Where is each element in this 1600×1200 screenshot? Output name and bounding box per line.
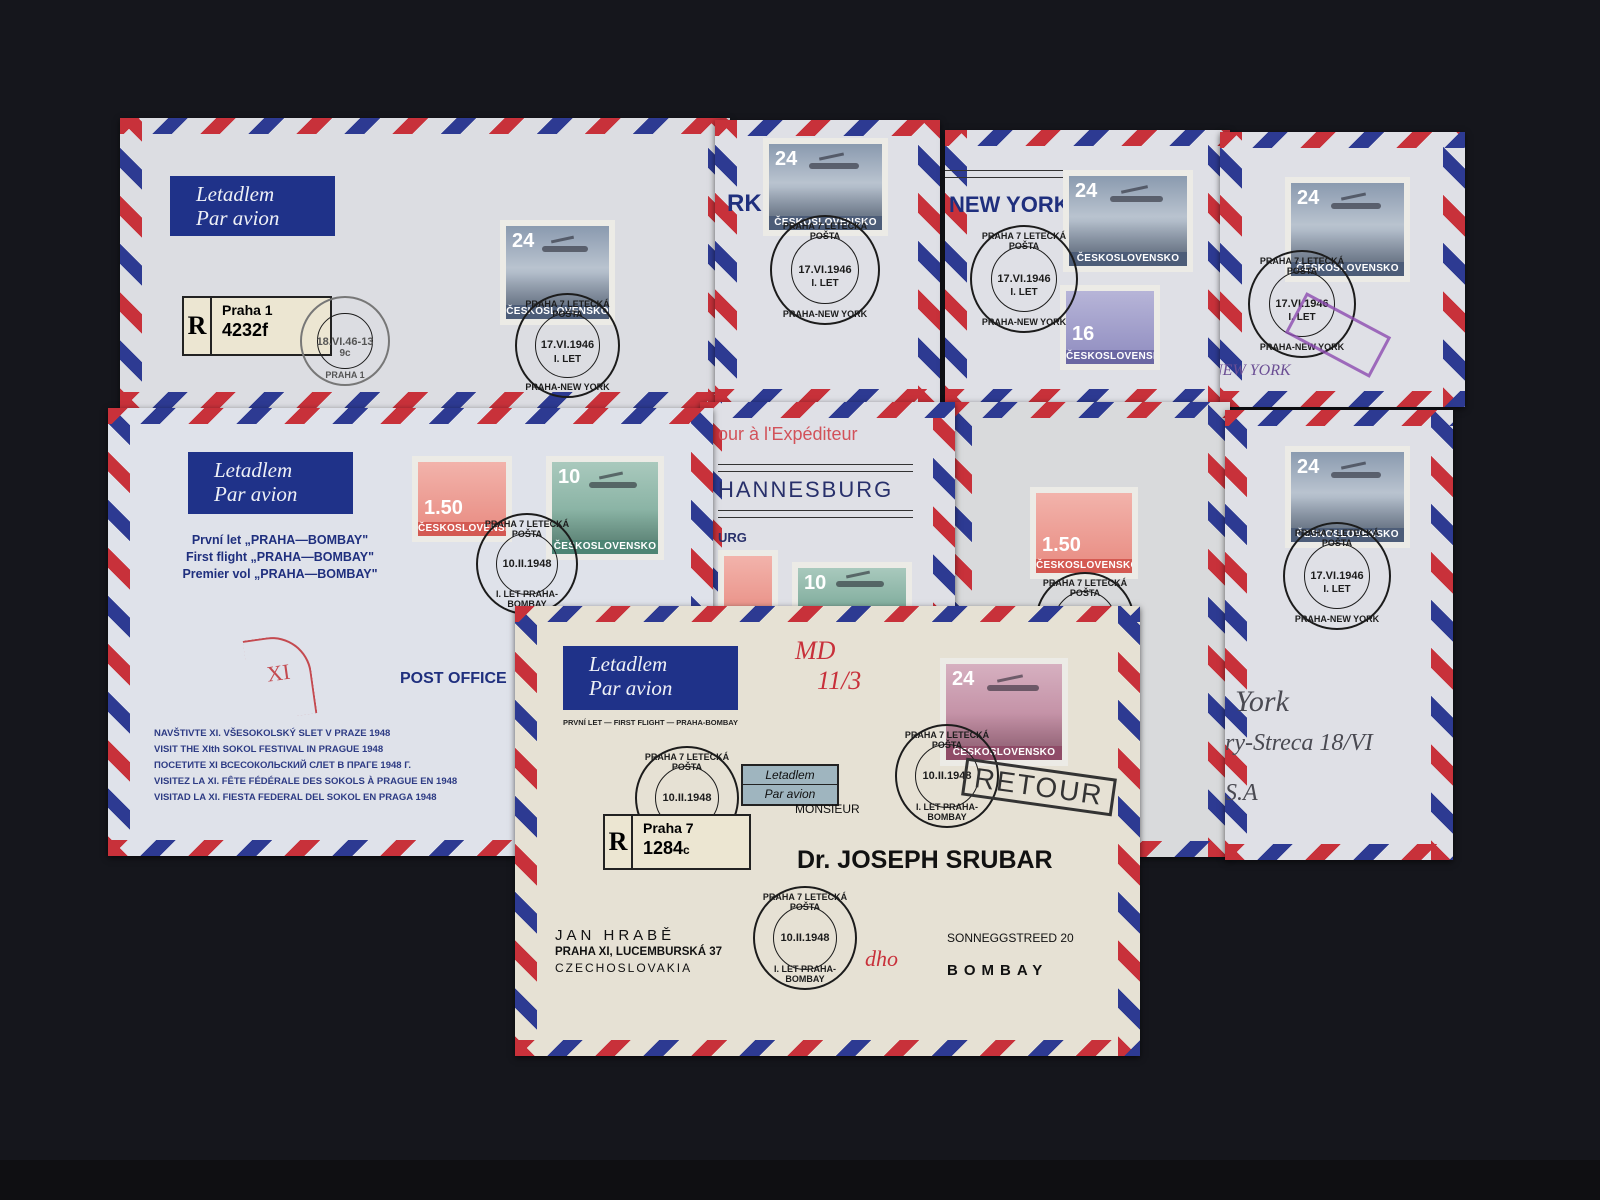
airplane-icon bbox=[1110, 196, 1163, 202]
cover-new-york-3: NEW YORK 24ČESKOSLOVENSKO 16ČESKOSLOVENS… bbox=[945, 130, 1230, 405]
airmail-label: Letadlem Par avion bbox=[563, 646, 738, 710]
registration-label: R Praha 7 1284c bbox=[603, 814, 751, 870]
cover-johannesburg: our à l'Expéditeur HANNESBURG URG ČESKOS… bbox=[700, 402, 955, 622]
recipient-name: Dr. JOSEPH SRUBAR bbox=[797, 846, 1053, 875]
stamp-1-50-kcs: 1.50ČESKOSLOVENSKO bbox=[1030, 487, 1138, 579]
flight-text: První let „PRAHA—BOMBAY" First flight „P… bbox=[170, 532, 390, 583]
airplane-icon bbox=[987, 685, 1039, 691]
sokol-festival-text: NAVŠTIVTE XI. VŠESOKOLSKÝ SLET V PRAZE 1… bbox=[154, 726, 457, 806]
first-flight-postmark: PRAHA 7 LETECKÁ POŠTA 17.VI.1946 I. LET … bbox=[1283, 522, 1391, 630]
background-shadow bbox=[0, 1160, 1600, 1200]
small-airmail-label: Letadlem Par avion bbox=[741, 764, 839, 806]
airmail-label: Letadlem Par avion bbox=[188, 452, 353, 514]
airplane-icon bbox=[542, 246, 588, 252]
handwritten-note: MD 11/3 bbox=[795, 636, 861, 696]
airplane-icon bbox=[1331, 472, 1382, 478]
first-flight-postmark: PRAHA 7 LETECKÁ POŠTA 10.II.1948 I. LET … bbox=[476, 513, 578, 615]
airplane-icon bbox=[1331, 203, 1382, 209]
airplane-icon bbox=[589, 482, 637, 488]
stamp-24-kcs: 24ČESKOSLOVENSKO bbox=[1063, 170, 1193, 272]
first-flight-postmark: PRAHA 7 LETECKÁ POŠTA 10.II.1948 I. LET … bbox=[753, 886, 857, 990]
cover-new-york-handwritten: 24ČESKOSLOVENSKO PRAHA 7 LETECKÁ POŠTA 1… bbox=[1225, 410, 1453, 860]
first-flight-postmark: PRAHA 7 LETECKÁ POŠTA 17.VI.1946 I. LET … bbox=[515, 293, 620, 398]
airplane-icon bbox=[836, 581, 885, 587]
cover-new-york-2: RK 24ČESKOSLOVENSKO PRAHA 7 LETECKÁ POŠT… bbox=[715, 120, 940, 405]
first-flight-postmark: PRAHA 7 LETECKÁ POŠTA 17.VI.1946 I. LET … bbox=[970, 225, 1078, 333]
office-postmark: 18.VI.46-13 9c PRAHA 1 bbox=[300, 296, 390, 386]
handwritten-signature: dho bbox=[865, 946, 898, 972]
cover-registered-new-york: Letadlem Par avion R Praha 1 4232f 18.VI… bbox=[120, 118, 730, 408]
cover-dr-joseph-srubar: Letadlem Par avion PRVNÍ LET — FIRST FLI… bbox=[515, 606, 1140, 1056]
airmail-label: Letadlem Par avion bbox=[170, 176, 335, 236]
cover-new-york-4: 24ČESKOSLOVENSKO PRAHA 7 LETECKÁ POŠTA 1… bbox=[1220, 132, 1465, 407]
sender-address: JAN HRABĚ PRAHA XI, LUCEMBURSKÁ 37 CZECH… bbox=[555, 928, 722, 976]
airplane-icon bbox=[809, 163, 860, 169]
first-flight-postmark: PRAHA 7 LETECKÁ POŠTA 17.VI.1946 I. LET … bbox=[770, 215, 880, 325]
sokol-xi-emblem: XI bbox=[243, 632, 318, 722]
